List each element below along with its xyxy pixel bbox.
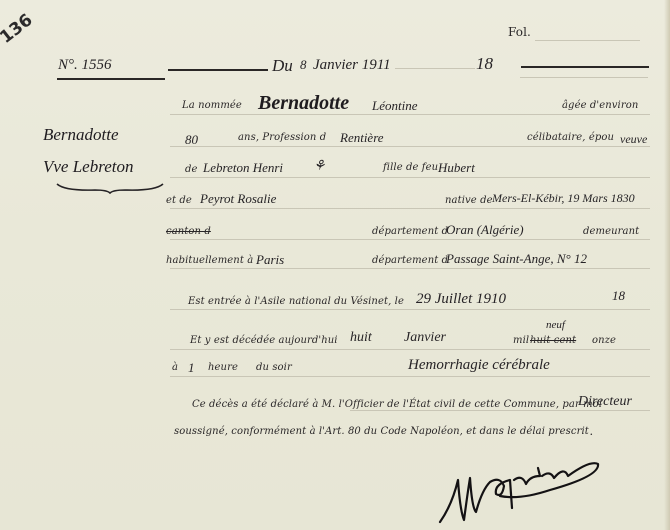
period-du-soir: du soir <box>256 363 292 373</box>
ruled-line <box>170 239 650 240</box>
century-prefix: 18 <box>476 55 493 72</box>
ruled-line <box>170 208 650 209</box>
date-day: 8 <box>300 58 307 71</box>
printed-demeurant: demeurant <box>583 227 639 237</box>
closing-period: . <box>590 424 593 437</box>
residence-address: Passage Saint-Ange, N° 12 <box>446 252 587 265</box>
entry-date: 29 Juillet 1910 <box>416 292 506 307</box>
page-edge <box>664 0 670 530</box>
date-prefix: Du <box>272 57 293 74</box>
header-rule-mid <box>395 68 475 69</box>
mother-name: Peyrot Rosalie <box>200 192 276 205</box>
printed-conformement: soussigné, conformément à l'Art. 80 du C… <box>174 427 589 437</box>
entry-century: 18 <box>612 289 625 302</box>
margin-brace <box>55 182 165 194</box>
birth-department: Oran (Algérie) <box>446 223 524 236</box>
printed-heure: heure <box>208 363 238 373</box>
margin-surname: Bernadotte <box>43 126 119 143</box>
year-correction: neuf <box>546 320 565 331</box>
printed-fille-de-feu: fille de feu <box>383 163 438 173</box>
printed-departement: département d <box>372 227 448 237</box>
birthplace: Mers-El-Kébir, 19 Mars 1830 <box>492 192 635 204</box>
page-number: 136 <box>0 12 36 47</box>
printed-death-statement: Et y est décédée aujourd'hui <box>190 336 338 346</box>
deceased-profession: Rentière <box>340 131 384 144</box>
ruled-line <box>170 177 650 178</box>
margin-widow-of: Vve Lebreton <box>43 158 133 175</box>
printed-native-de: native de <box>445 196 493 206</box>
printed-entry-statement: Est entrée à l'Asile national du Vésinet… <box>188 297 404 307</box>
printed-departement-2: département d <box>372 256 448 266</box>
printed-a: à <box>172 363 178 373</box>
printed-age-label: âgée d'environ <box>562 101 638 111</box>
folio-rule <box>535 40 640 41</box>
marital-status: veuve <box>620 133 647 145</box>
header-rule-under <box>520 77 648 78</box>
header-rule-right <box>521 66 649 68</box>
ruled-line <box>170 268 650 269</box>
ruled-line <box>170 309 650 310</box>
death-hour: 1 <box>188 361 195 374</box>
date-month-year: Janvier 1911 <box>313 58 391 73</box>
ruled-line <box>170 114 650 115</box>
act-number-underline <box>57 78 165 80</box>
printed-mil: mil <box>513 336 529 346</box>
death-day-text: huit <box>350 331 372 345</box>
deceased-surname: Bernadotte <box>258 93 349 113</box>
printed-et-de: et de <box>166 196 192 206</box>
printed-canton-struck: canton d <box>166 227 211 237</box>
deceased-first-name: Léontine <box>372 99 418 112</box>
spouse-name: Lebreton Henri <box>203 161 283 174</box>
director-signature <box>430 450 610 530</box>
deceased-age: 80 <box>185 133 198 146</box>
year-onze: onze <box>592 336 616 346</box>
ruled-line <box>170 376 650 377</box>
printed-profession-label: ans, Profession d <box>238 133 326 143</box>
father-name: Hubert <box>438 161 475 174</box>
folio-label: Fol. <box>508 26 531 38</box>
ruled-line <box>170 146 650 147</box>
printed-marital-label: célibataire, épou <box>527 133 614 143</box>
printed-de: de <box>185 165 198 175</box>
header-rule-left <box>168 69 268 71</box>
register-page: 136 Fol. N°. 1556 Du 8 Janvier 1911 18 B… <box>0 0 670 530</box>
cause-of-death: Hemorrhagie cérébrale <box>408 358 550 373</box>
death-month-text: Janvier <box>404 331 446 345</box>
declarant-title: Directeur <box>578 395 632 409</box>
printed-la-nommee: La nommée <box>182 101 242 111</box>
printed-habituellement: habituellement à <box>166 256 253 266</box>
ruled-line <box>350 410 650 411</box>
ruled-line <box>170 349 650 350</box>
residence-city: Paris <box>256 253 284 266</box>
act-number: N°. 1556 <box>58 58 112 73</box>
deceased-mark-icon: ⚘ <box>313 160 326 174</box>
printed-declaration: Ce décès a été déclaré à M. l'Officier d… <box>192 400 602 410</box>
printed-huit-cent-struck: huit cent <box>530 336 576 346</box>
